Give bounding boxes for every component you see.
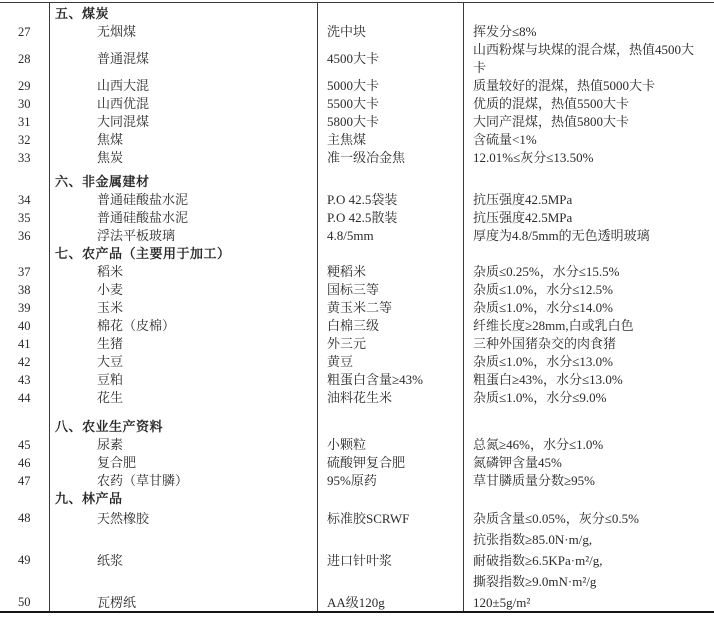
commodity-name: 大同混煤 [49,113,317,131]
row-number: 28 [0,50,49,68]
commodity-spec: 黄玉米二等 [317,299,463,317]
table-row: 47 农药（草甘膦） 95%原药 草甘膦质量分数≥95% [0,472,714,490]
table-row: 42 大豆 黄豆 杂质≤1.0%，水分≤13.0% [0,353,714,371]
table-row: 28 普通混煤 4500大卡 山西粉煤与块煤的混合煤，热值4500大 卡 [0,41,714,77]
commodity-name: 天然橡胶 [49,508,317,529]
row-number: 35 [0,209,49,227]
column-divider-1 [49,3,50,611]
commodity-remark: 杂质≤1.0%，水分≤14.0% [463,299,714,317]
commodity-spec: 4.8/5mm [317,227,463,245]
commodity-remark: 三种外国猪杂交的肉食猪 [463,335,714,353]
row-number: 45 [0,436,49,454]
row-number: 40 [0,317,49,335]
commodity-spec: P.O 42.5袋装 [317,191,463,209]
table-row: 50 瓦楞纸 AA级120g 120±5g/m² [0,592,714,613]
commodity-remark: 总氮≥46%，水分≤1.0% [463,436,714,454]
row-number: 37 [0,263,49,281]
commodity-spec: 白棉三级 [317,317,463,335]
table-row: 38 小麦 国标三等 杂质≤1.0%，水分≤12.5% [0,281,714,299]
section-rows: 45 尿素 小颗粒 总氮≥46%，水分≤1.0% 46 复合肥 硫酸钾复合肥 氮… [0,436,714,490]
commodity-remark: 山西粉煤与块煤的混合煤，热值4500大 卡 [463,41,714,77]
table-section: 七、农产品（主要用于加工） 37 稻米 粳稻米 杂质≤0.25%，水分≤15.5… [0,245,714,407]
table-section: 八、农业生产资料 45 尿素 小颗粒 总氮≥46%，水分≤1.0% 46 复合肥… [0,418,714,490]
document-page: 五、煤炭 27 无烟煤 洗中块 挥发分≤8% 28 普通混煤 4500大卡 山西… [0,0,714,625]
row-number: 41 [0,335,49,353]
section-rows: 37 稻米 粳稻米 杂质≤0.25%，水分≤15.5% 38 小麦 国标三等 杂… [0,263,714,407]
commodity-remark: 抗张指数≥85.0N·m/g, 耐破指数≥6.5KPa·m²/g, 撕裂指数≥9… [463,529,714,592]
commodity-spec: 标准胶SCRWF [317,508,463,529]
table-row: 44 花生 油料花生米 杂质≤1.0%，水分≤9.0% [0,389,714,407]
table-row: 31 大同混煤 5800大卡 大同产混煤，热值5800大卡 [0,113,714,131]
commodity-spec: 黄豆 [317,353,463,371]
table-row: 39 玉米 黄玉米二等 杂质≤1.0%，水分≤14.0% [0,299,714,317]
table-row: 43 豆粕 粗蛋白含量≥43% 粗蛋白≥43%，水分≤13.0% [0,371,714,389]
commodity-spec: 5800大卡 [317,113,463,131]
commodity-remark: 杂质≤0.25%，水分≤15.5% [463,263,714,281]
commodity-name: 小麦 [49,281,317,299]
commodity-remark: 大同产混煤，热值5800大卡 [463,113,714,131]
commodity-remark: 杂质≤1.0%，水分≤12.5% [463,281,714,299]
row-number: 27 [0,23,49,41]
section-title: 八、农业生产资料 [0,418,714,436]
row-number: 32 [0,131,49,149]
commodity-remark: 含硫量<1% [463,131,714,149]
section-title: 九、林产品 [0,490,714,508]
row-number: 33 [0,149,49,167]
row-number: 42 [0,353,49,371]
commodity-remark: 草甘膦质量分数≥95% [463,472,714,490]
commodity-name: 瓦楞纸 [49,592,317,613]
table-row: 41 生猪 外三元 三种外国猪杂交的肉食猪 [0,335,714,353]
commodity-spec: 粳稻米 [317,263,463,281]
commodity-remark: 优质的混煤，热值5500大卡 [463,95,714,113]
commodity-remark: 粗蛋白≥43%，水分≤13.0% [463,371,714,389]
table-row: 33 焦炭 准一级冶金焦 12.01%≤灰分≤13.50% [0,149,714,167]
table-row: 35 普通硅酸盐水泥 P.O 42.5散装 抗压强度42.5MPa [0,209,714,227]
commodity-name: 普通硅酸盐水泥 [49,191,317,209]
commodity-spec: 进口针叶浆 [317,550,463,571]
table-row: 49 纸浆 进口针叶浆 抗张指数≥85.0N·m/g, 耐破指数≥6.5KPa·… [0,529,714,592]
row-number: 38 [0,281,49,299]
row-number: 34 [0,191,49,209]
table-row: 46 复合肥 硫酸钾复合肥 氮磷钾含量45% [0,454,714,472]
table-row: 29 山西大混 5000大卡 质量较好的混煤，热值5000大卡 [0,77,714,95]
commodity-spec: 粗蛋白含量≥43% [317,371,463,389]
commodity-remark: 杂质≤1.0%，水分≤13.0% [463,353,714,371]
table-row: 45 尿素 小颗粒 总氮≥46%，水分≤1.0% [0,436,714,454]
commodity-remark: 厚度为4.8/5mm的无色透明玻璃 [463,227,714,245]
commodity-spec: 4500大卡 [317,50,463,68]
commodity-remark: 氮磷钾含量45% [463,454,714,472]
commodity-table: 五、煤炭 27 无烟煤 洗中块 挥发分≤8% 28 普通混煤 4500大卡 山西… [0,2,714,613]
commodity-name: 浮法平板玻璃 [49,227,317,245]
row-number: 29 [0,77,49,95]
row-number: 49 [0,550,49,571]
commodity-name: 普通硅酸盐水泥 [49,209,317,227]
commodity-spec: 外三元 [317,335,463,353]
commodity-remark: 抗压强度42.5MPa [463,209,714,227]
commodity-spec: 5500大卡 [317,95,463,113]
commodity-name: 豆粕 [49,371,317,389]
commodity-spec: 小颗粒 [317,436,463,454]
commodity-remark: 杂质含量≤0.05%，灰分≤0.5% [463,508,714,529]
commodity-spec: 95%原药 [317,472,463,490]
table-row: 48 天然橡胶 标准胶SCRWF 杂质含量≤0.05%，灰分≤0.5% [0,508,714,529]
column-divider-2 [317,3,318,611]
commodity-remark: 质量较好的混煤，热值5000大卡 [463,77,714,95]
row-number: 31 [0,113,49,131]
commodity-name: 生猪 [49,335,317,353]
section-rows: 48 天然橡胶 标准胶SCRWF 杂质含量≤0.05%，灰分≤0.5% 49 纸… [0,508,714,613]
section-title: 六、非金属建材 [0,173,714,191]
commodity-name: 纸浆 [49,550,317,571]
section-title: 五、煤炭 [0,5,714,23]
row-number: 46 [0,454,49,472]
row-number: 47 [0,472,49,490]
row-number: 39 [0,299,49,317]
table-section: 六、非金属建材 34 普通硅酸盐水泥 P.O 42.5袋装 抗压强度42.5MP… [0,173,714,245]
commodity-name: 山西大混 [49,77,317,95]
section-rows: 27 无烟煤 洗中块 挥发分≤8% 28 普通混煤 4500大卡 山西粉煤与块煤… [0,23,714,167]
table-section: 五、煤炭 27 无烟煤 洗中块 挥发分≤8% 28 普通混煤 4500大卡 山西… [0,5,714,167]
commodity-remark: 纤维长度≥28mm,白或乳白色 [463,317,714,335]
column-divider-3 [463,3,464,611]
table-section: 九、林产品 48 天然橡胶 标准胶SCRWF 杂质含量≤0.05%，灰分≤0.5… [0,490,714,613]
commodity-name: 稻米 [49,263,317,281]
commodity-spec: 5000大卡 [317,77,463,95]
commodity-remark: 抗压强度42.5MPa [463,191,714,209]
table-sections: 五、煤炭 27 无烟煤 洗中块 挥发分≤8% 28 普通混煤 4500大卡 山西… [0,5,714,613]
commodity-spec: 油料花生米 [317,389,463,407]
commodity-spec: 硫酸钾复合肥 [317,454,463,472]
commodity-name: 棉花（皮棉） [49,317,317,335]
commodity-spec: P.O 42.5散装 [317,209,463,227]
commodity-remark: 挥发分≤8% [463,23,714,41]
commodity-name: 花生 [49,389,317,407]
row-number: 36 [0,227,49,245]
row-number: 44 [0,389,49,407]
row-number: 30 [0,95,49,113]
commodity-name: 玉米 [49,299,317,317]
commodity-spec: AA级120g [317,592,463,613]
commodity-name: 普通混煤 [49,50,317,68]
commodity-name: 山西优混 [49,95,317,113]
commodity-name: 焦炭 [49,149,317,167]
commodity-name: 焦煤 [49,131,317,149]
row-number: 43 [0,371,49,389]
commodity-name: 尿素 [49,436,317,454]
row-number: 50 [0,592,49,613]
commodity-name: 无烟煤 [49,23,317,41]
table-row: 37 稻米 粳稻米 杂质≤0.25%，水分≤15.5% [0,263,714,281]
commodity-spec: 主焦煤 [317,131,463,149]
commodity-name: 大豆 [49,353,317,371]
table-row: 30 山西优混 5500大卡 优质的混煤，热值5500大卡 [0,95,714,113]
section-rows: 34 普通硅酸盐水泥 P.O 42.5袋装 抗压强度42.5MPa 35 普通硅… [0,191,714,245]
table-row: 36 浮法平板玻璃 4.8/5mm 厚度为4.8/5mm的无色透明玻璃 [0,227,714,245]
commodity-spec: 准一级冶金焦 [317,149,463,167]
table-row: 27 无烟煤 洗中块 挥发分≤8% [0,23,714,41]
commodity-remark: 12.01%≤灰分≤13.50% [463,149,714,167]
table-row: 34 普通硅酸盐水泥 P.O 42.5袋装 抗压强度42.5MPa [0,191,714,209]
row-number: 48 [0,508,49,529]
table-row: 40 棉花（皮棉） 白棉三级 纤维长度≥28mm,白或乳白色 [0,317,714,335]
commodity-remark: 杂质≤1.0%，水分≤9.0% [463,389,714,407]
table-row: 32 焦煤 主焦煤 含硫量<1% [0,131,714,149]
commodity-spec: 洗中块 [317,23,463,41]
commodity-spec: 国标三等 [317,281,463,299]
commodity-name: 农药（草甘膦） [49,472,317,490]
section-title: 七、农产品（主要用于加工） [0,245,714,263]
commodity-name: 复合肥 [49,454,317,472]
commodity-remark: 120±5g/m² [463,592,714,613]
